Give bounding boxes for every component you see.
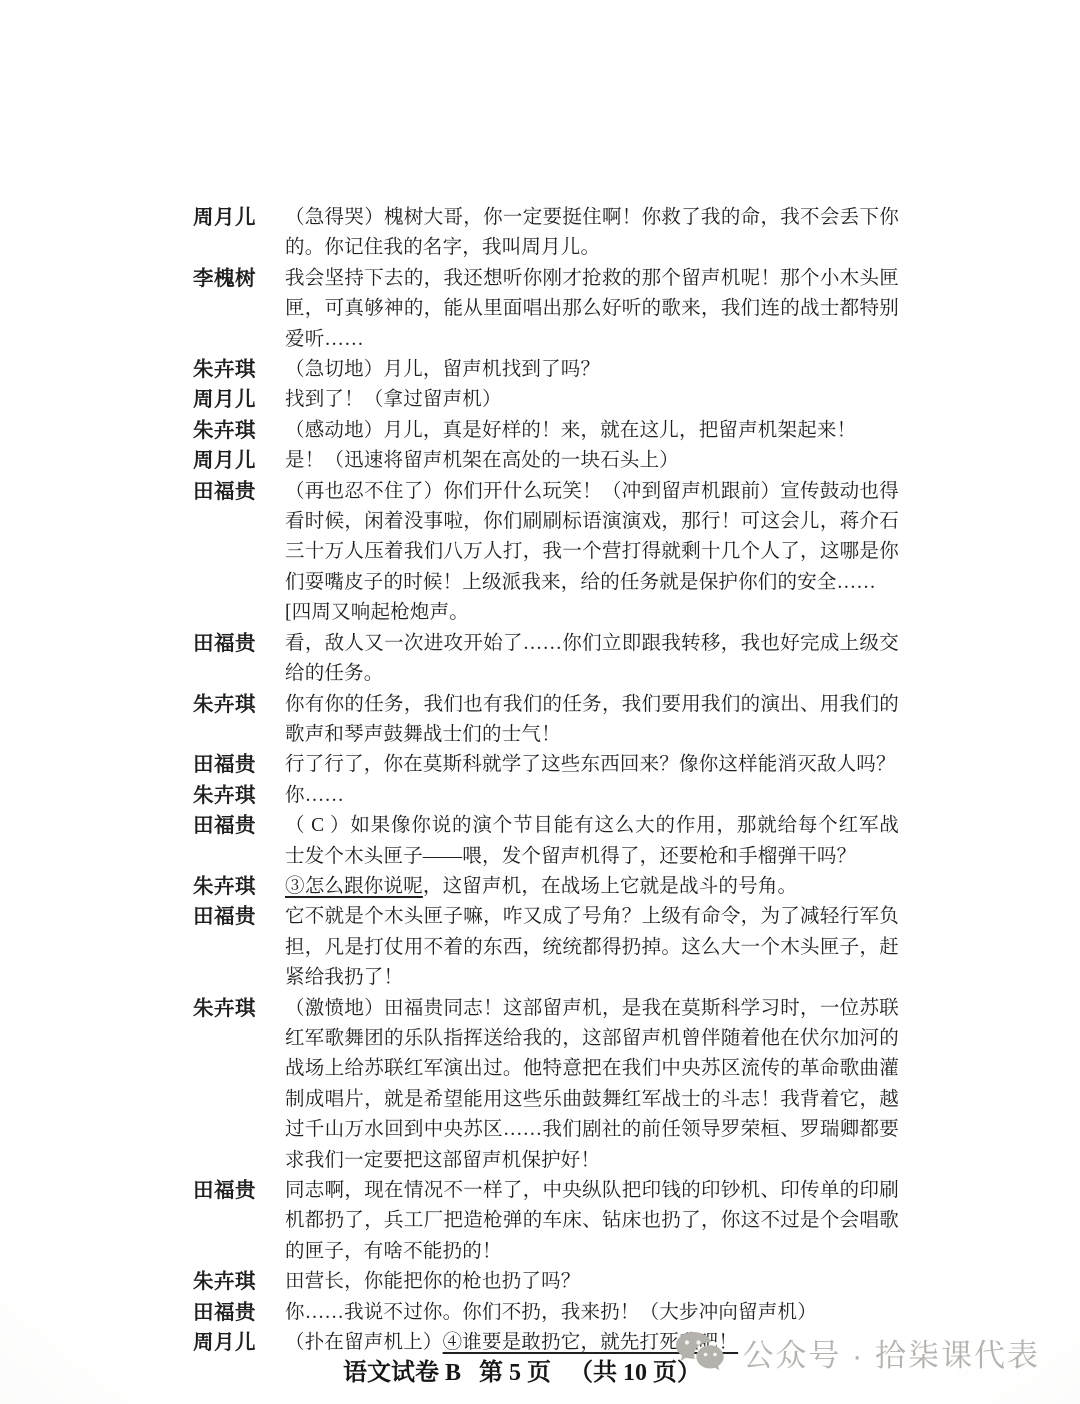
speaker-name: 朱卉琪 [193,872,285,902]
dialogue-text: ③怎么跟你说呢，这留声机，在战场上它就是战斗的号角。 [285,872,899,902]
dialogue-text: （ C ）如果像你说的演个节目能有这么大的作用，那就给每个红军战士发个木头匣子—… [285,811,899,872]
speaker-name: 田福贵 [193,629,285,659]
speaker-name: 朱卉琪 [193,994,285,1024]
wechat-icon [674,1331,726,1375]
dialogue-text: 你…… [285,781,899,811]
dialogue-row: 周月儿（急得哭）槐树大哥，你一定要挺住啊！你救了我的命，我不会丢下你的。你记住我… [193,203,899,264]
speaker-name: 田福贵 [193,477,285,507]
dialogue-row: 朱卉琪你…… [193,781,899,811]
dialogue-row: 李槐树我会坚持下去的，我还想听你刚才抢救的那个留声机呢！那个小木头匣匣，可真够神… [193,264,899,355]
speaker-name: 田福贵 [193,902,285,932]
speaker-name: 李槐树 [193,264,285,294]
dialogue-text: 找到了！（拿过留声机） [285,385,899,415]
speaker-name: 周月儿 [193,203,285,233]
dialogue-text: 同志啊，现在情况不一样了，中央纵队把印钱的印钞机、印传单的印刷机都扔了，兵工厂把… [285,1176,899,1267]
footer-paper-label: 语文试卷 B [343,1360,461,1386]
dialogue-text: 田营长，你能把你的枪也扔了吗？ [285,1267,899,1297]
speaker-name: 田福贵 [193,750,285,780]
dialogue-text: 你……我说不过你。你们不扔，我来扔！（大步冲向留声机） [285,1298,899,1328]
watermark-label: 公众号 · 拾柒课代表 [742,1330,1040,1375]
dialogue-list: 周月儿（急得哭）槐树大哥，你一定要挺住啊！你救了我的命，我不会丢下你的。你记住我… [193,203,899,1358]
dialogue-row: 田福贵它不就是个木头匣子嘛，咋又成了号角？上级有命令，为了减轻行军负担，凡是打仗… [193,902,899,993]
dialogue-text: 行了行了，你在莫斯科就学了这些东西回来？像你这样能消灭敌人吗？ [285,750,899,780]
dialogue-text: 它不就是个木头匣子嘛，咋又成了号角？上级有命令，为了减轻行军负担，凡是打仗用不着… [285,902,899,993]
speaker-name: 田福贵 [193,1298,285,1328]
stage-direction-text: [四周又响起枪炮声。 [285,598,899,628]
speaker-name: 田福贵 [193,1176,285,1206]
dialogue-text: （再也忍不住了）你们开什么玩笑！（冲到留声机跟前）宣传鼓动也得看时候，闲着没事啦… [285,477,899,599]
footer-page-number: 第 5 页 [479,1360,551,1386]
stage-direction-row: [四周又响起枪炮声。 [193,598,899,628]
dialogue-row: 朱卉琪你有你的任务，我们也有我们的任务，我们要用我们的演出、用我们的歌声和琴声鼓… [193,690,899,751]
dialogue-text: （急切地）月儿，留声机找到了吗？ [285,355,899,385]
dialogue-text: 是！（迅速将留声机架在高处的一块石头上） [285,446,899,476]
speaker-name: 周月儿 [193,385,285,415]
dialogue-row: 朱卉琪（激愤地）田福贵同志！这部留声机，是我在莫斯科学习时，一位苏联红军歌舞团的… [193,994,899,1176]
speaker-name: 朱卉琪 [193,1267,285,1297]
dialogue-row: 田福贵行了行了，你在莫斯科就学了这些东西回来？像你这样能消灭敌人吗？ [193,750,899,780]
underlined-phrase: ③怎么跟你说呢 [285,876,423,897]
dialogue-row: 田福贵（ C ）如果像你说的演个节目能有这么大的作用，那就给每个红军战士发个木头… [193,811,899,872]
dialogue-row: 周月儿找到了！（拿过留声机） [193,385,899,415]
dialogue-row: 朱卉琪③怎么跟你说呢，这留声机，在战场上它就是战斗的号角。 [193,872,899,902]
dialogue-text: （感动地）月儿，真是好样的！来，就在这儿，把留声机架起来！ [285,416,899,446]
speaker-name: 朱卉琪 [193,355,285,385]
dialogue-text: （急得哭）槐树大哥，你一定要挺住啊！你救了我的命，我不会丢下你的。你记住我的名字… [285,203,899,264]
exam-page: 周月儿（急得哭）槐树大哥，你一定要挺住啊！你救了我的命，我不会丢下你的。你记住我… [0,0,1080,1404]
dialogue-row: 朱卉琪（急切地）月儿，留声机找到了吗？ [193,355,899,385]
dialogue-row: 田福贵（再也忍不住了）你们开什么玩笑！（冲到留声机跟前）宣传鼓动也得看时候，闲着… [193,477,899,599]
speaker-name: 周月儿 [193,446,285,476]
speaker-name: 朱卉琪 [193,781,285,811]
dialogue-row: 朱卉琪（感动地）月儿，真是好样的！来，就在这儿，把留声机架起来！ [193,416,899,446]
speaker-name: 朱卉琪 [193,416,285,446]
speaker-name: 朱卉琪 [193,690,285,720]
watermark: 公众号 · 拾柒课代表 [674,1330,1040,1375]
dialogue-row: 周月儿是！（迅速将留声机架在高处的一块石头上） [193,446,899,476]
dialogue-row: 田福贵你……我说不过你。你们不扔，我来扔！（大步冲向留声机） [193,1298,899,1328]
dialogue-row: 田福贵看，敌人又一次进攻开始了……你们立即跟我转移，我也好完成上级交给的任务。 [193,629,899,690]
dialogue-text: （激愤地）田福贵同志！这部留声机，是我在莫斯科学习时，一位苏联红军歌舞团的乐队指… [285,994,899,1176]
dialogue-row: 朱卉琪田营长，你能把你的枪也扔了吗？ [193,1267,899,1297]
dialogue-text: 你有你的任务，我们也有我们的任务，我们要用我们的演出、用我们的歌声和琴声鼓舞战士… [285,690,899,751]
speaker-name: 田福贵 [193,811,285,841]
dialogue-row: 田福贵同志啊，现在情况不一样了，中央纵队把印钱的印钞机、印传单的印刷机都扔了，兵… [193,1176,899,1267]
dialogue-text: 看，敌人又一次进攻开始了……你们立即跟我转移，我也好完成上级交给的任务。 [285,629,899,690]
dialogue-text: 我会坚持下去的，我还想听你刚才抢救的那个留声机呢！那个小木头匣匣，可真够神的，能… [285,264,899,355]
